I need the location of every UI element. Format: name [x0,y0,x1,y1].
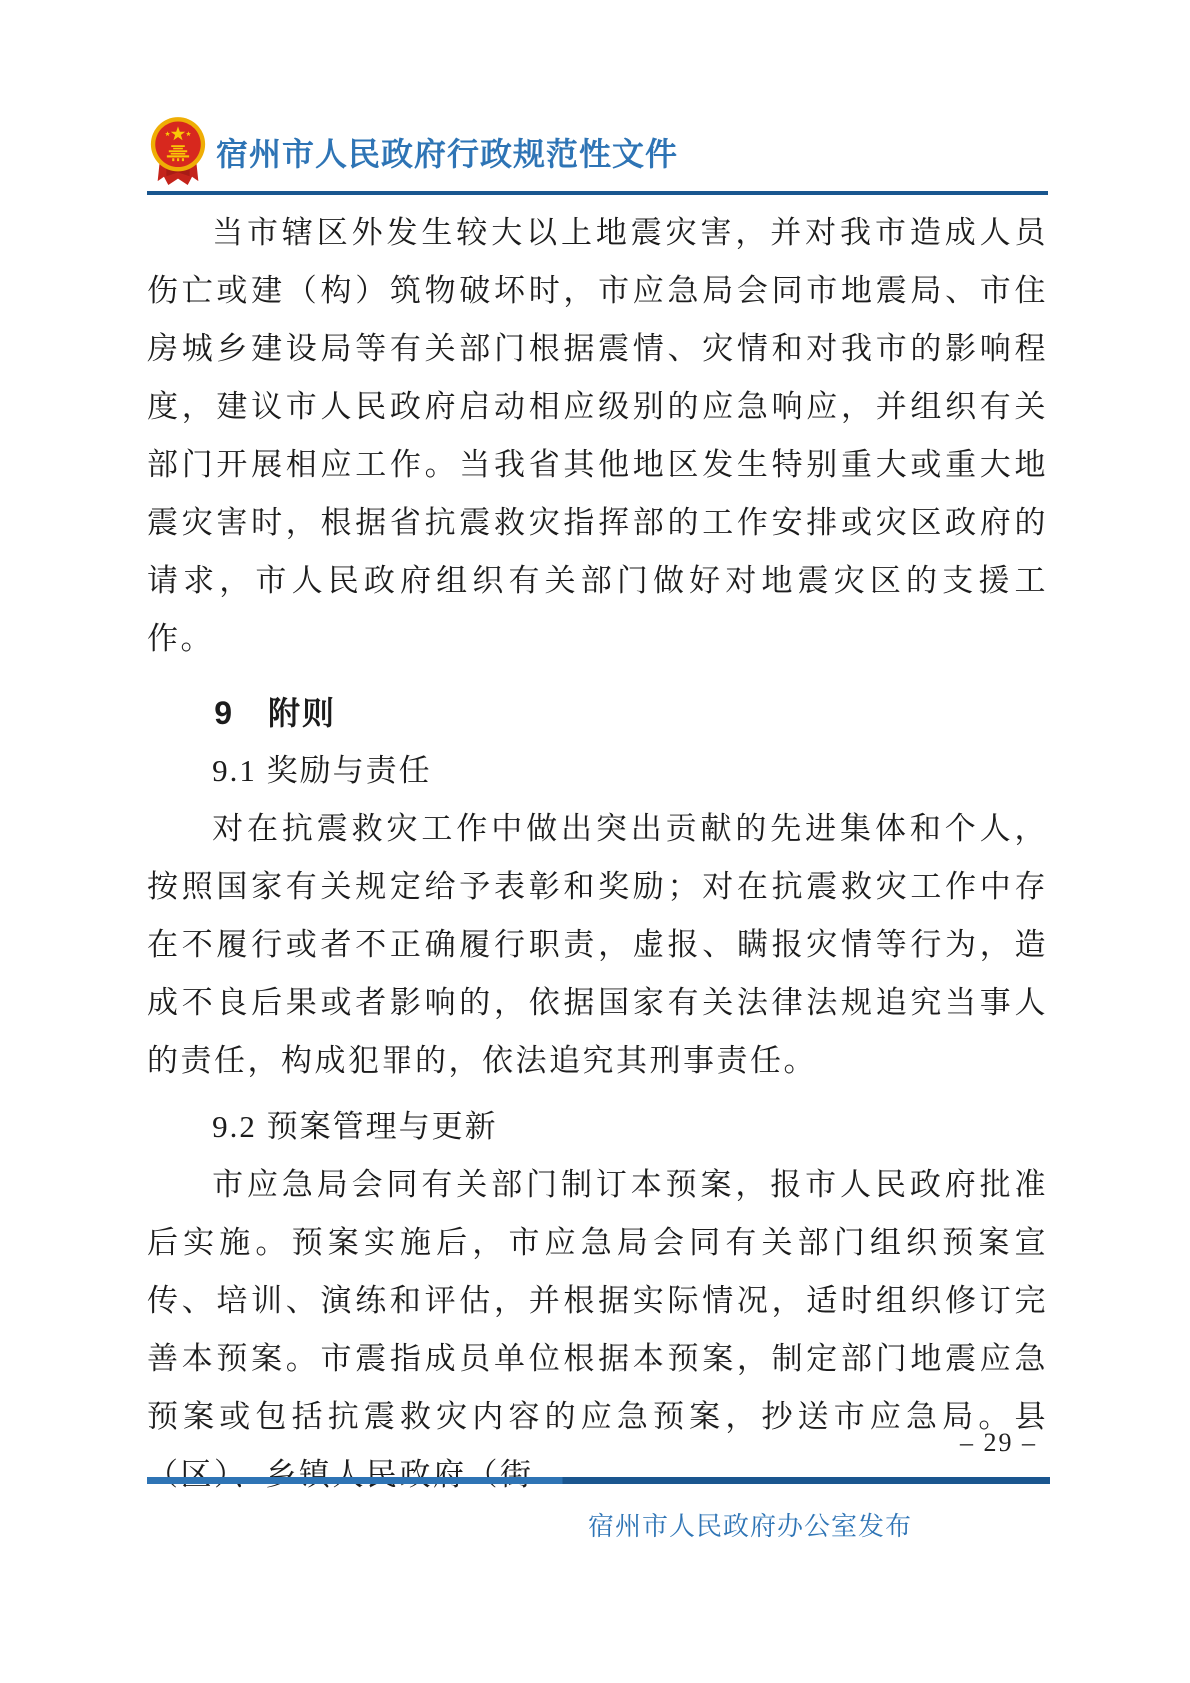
document-body: 当市辖区外发生较大以上地震灾害，并对我市造成人员伤亡或建（构）筑物破坏时，市应急… [147,204,1048,1504]
document-page: 宿州市人民政府行政规范性文件 当市辖区外发生较大以上地震灾害，并对我市造成人员伤… [0,0,1190,1683]
national-emblem-icon [147,116,209,190]
body-paragraph-3: 市应急局会同有关部门制订本预案，报市人民政府批准后实施。预案实施后，市应急局会同… [147,1156,1048,1504]
subsection-heading-9-1: 9.1 奖励与责任 [147,742,1048,800]
page-title: 宿州市人民政府行政规范性文件 [216,129,678,175]
page-number: – 29 – [960,1428,1037,1458]
page-header: 宿州市人民政府行政规范性文件 [147,114,1048,190]
body-paragraph-1: 当市辖区外发生较大以上地震灾害，并对我市造成人员伤亡或建（构）筑物破坏时，市应急… [147,204,1048,668]
section-heading-9: 9 附则 [147,684,1048,742]
footer-divider [147,1477,1050,1484]
subsection-heading-9-2: 9.2 预案管理与更新 [147,1098,1048,1156]
header-divider [147,191,1048,195]
publisher-line: 宿州市人民政府办公室发布 [588,1506,912,1543]
body-paragraph-2: 对在抗震救灾工作中做出突出贡献的先进集体和个人，按照国家有关规定给予表彰和奖励；… [147,800,1048,1090]
